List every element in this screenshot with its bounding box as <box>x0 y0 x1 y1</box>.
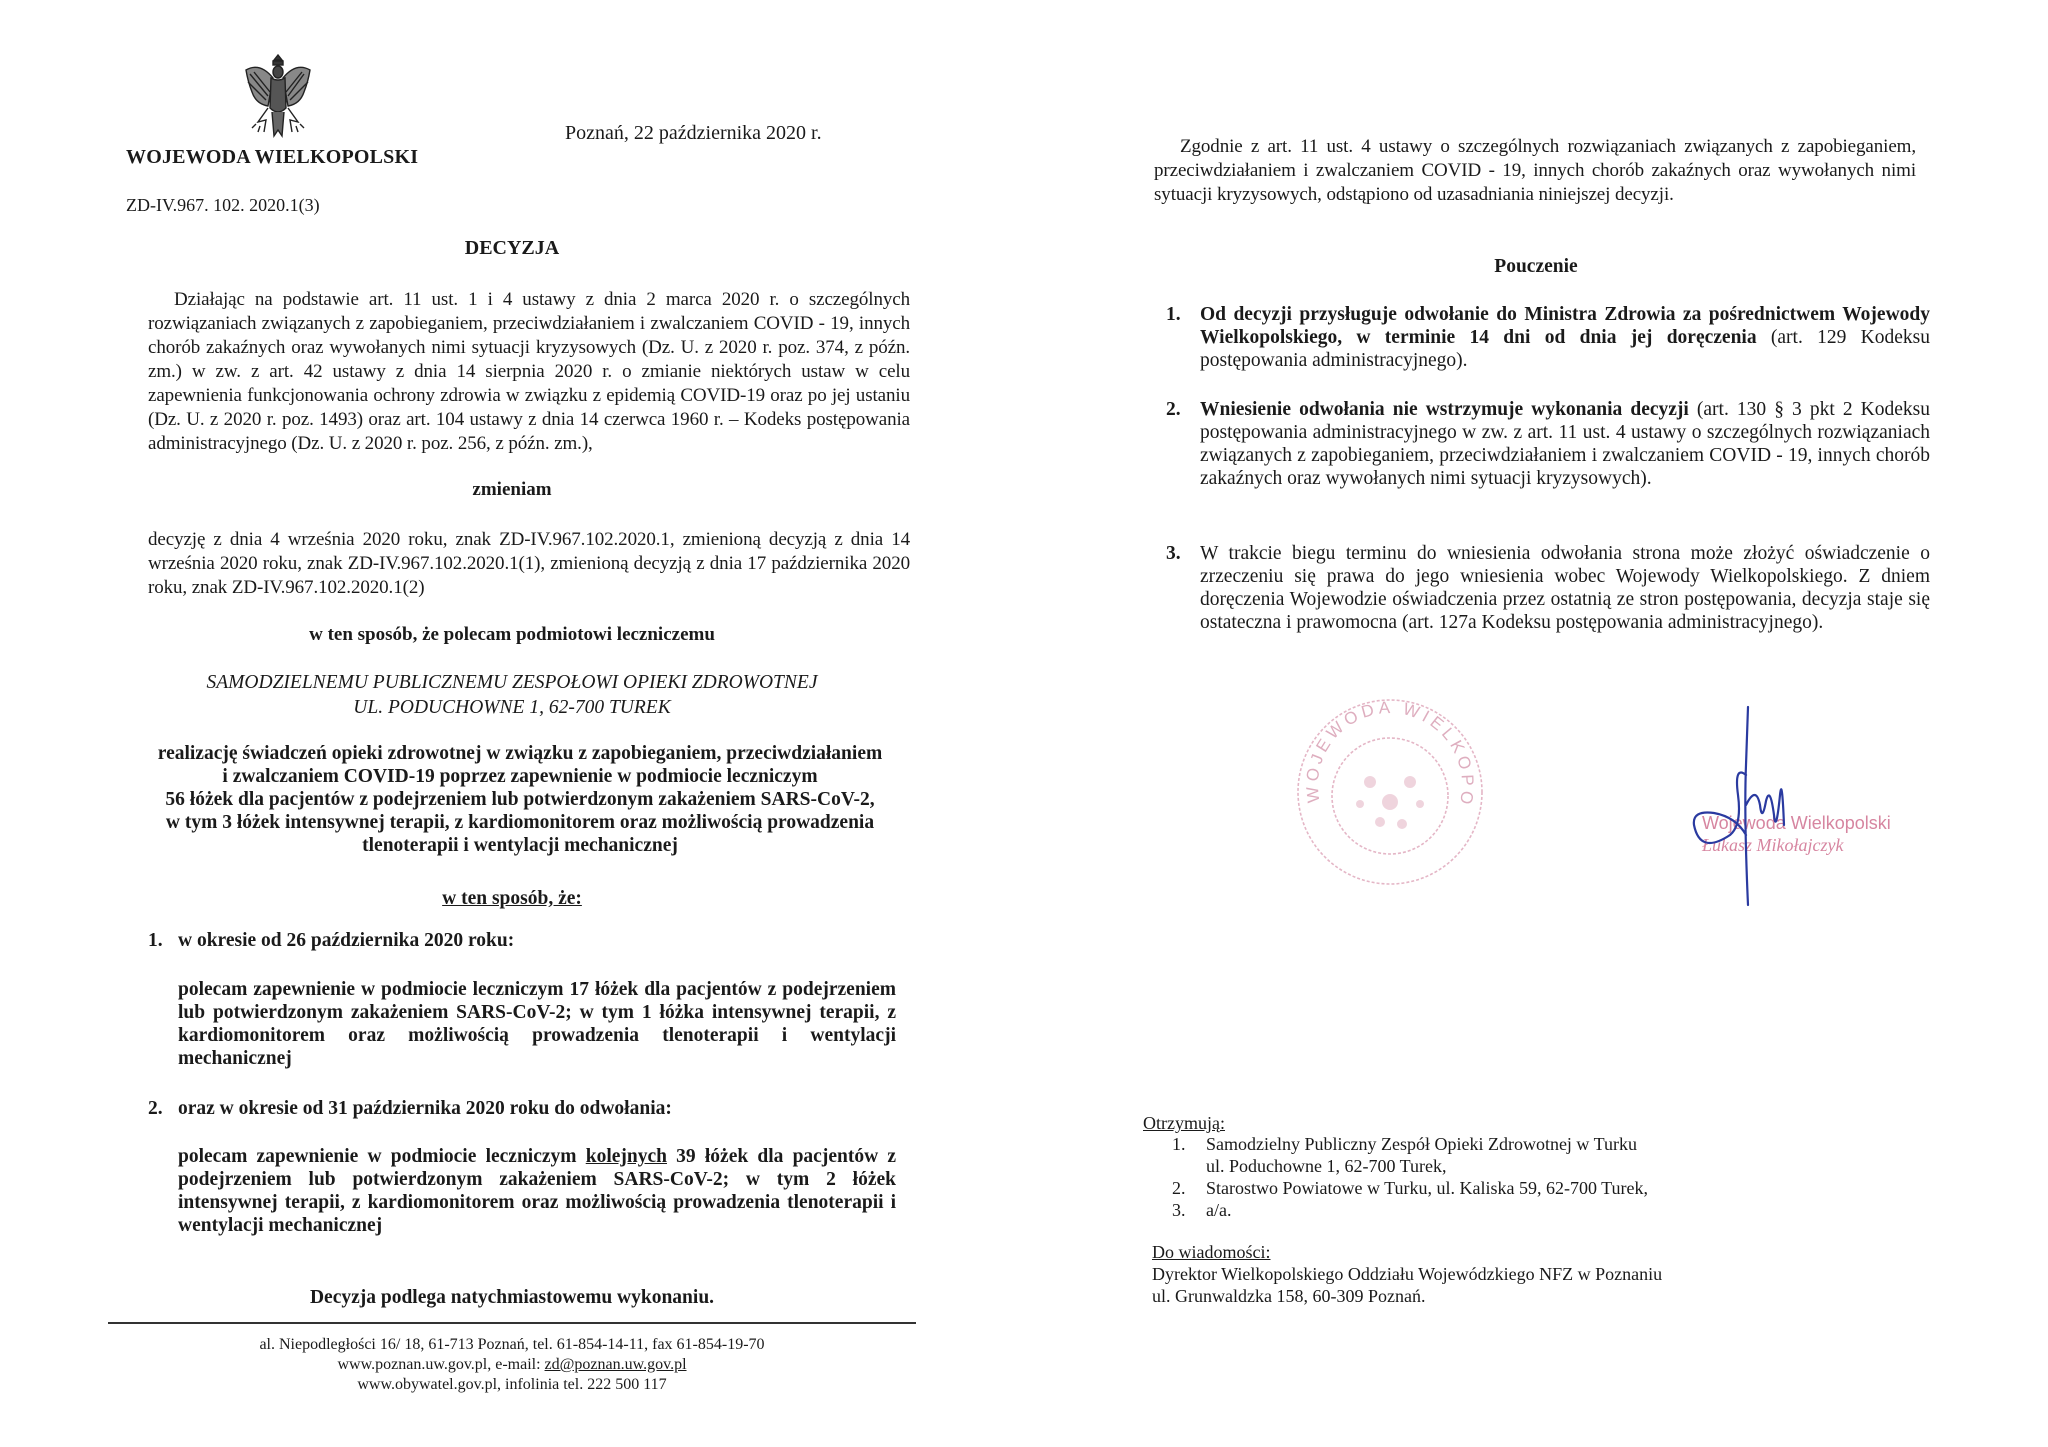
order-item-2-body: polecam zapewnienie w podmiocie lecznicz… <box>178 1145 896 1237</box>
decision-page-1: WOJEWODA WIELKOPOLSKI Poznań, 22 paździe… <box>0 0 1024 1447</box>
order-item-1-body: polecam zapewnienie w podmiocie lecznicz… <box>178 978 896 1070</box>
reference-number: ZD-IV.967. 102. 2020.1(3) <box>126 195 320 216</box>
footer-address: al. Niepodległości 16/ 18, 61-713 Poznań… <box>0 1335 1024 1355</box>
decision-page-2 <box>1024 0 2048 1447</box>
cc-title: Do wiadomości: <box>1152 1242 1271 1263</box>
recipient-number: 1. <box>1172 1133 1206 1155</box>
cc-line: ul. Grunwaldzka 158, 60-309 Poznań. <box>1152 1286 1425 1307</box>
item-emphasis: kolejnych <box>586 1146 667 1167</box>
polish-eagle-emblem-icon <box>238 52 318 142</box>
footer-contact: al. Niepodległości 16/ 18, 61-713 Poznań… <box>0 1335 1024 1395</box>
instruction-item-1: 1. Od decyzji przysługuje odwołanie do M… <box>1166 303 1930 372</box>
recipient-item-address: ul. Poduchowne 1, 62-700 Turek, <box>1206 1155 1447 1177</box>
legal-basis-paragraph: Działając na podstawie art. 11 ust. 1 i … <box>148 288 910 456</box>
scope-of-order: realizację świadczeń opieki zdrowotnej w… <box>120 742 920 857</box>
issuer-name: WOJEWODA WIELKOPOLSKI <box>126 146 418 169</box>
instruction-number: 3. <box>1166 542 1181 565</box>
official-stamp-icon: WOJEWODA WIELKOPOLSKI <box>1290 692 1490 892</box>
instruction-number: 1. <box>1166 303 1181 326</box>
item-text: polecam zapewnienie w podmiocie lecznicz… <box>178 1146 586 1167</box>
recipient-text: a/a. <box>1206 1200 1231 1220</box>
item-text: polecam zapewnienie w podmiocie lecznicz… <box>178 979 564 1000</box>
recipient-name: SAMODZIELNEMU PUBLICZNEMU ZESPOŁOWI OPIE… <box>0 670 1024 695</box>
instruction-number: 2. <box>1166 398 1181 421</box>
amended-decisions-paragraph: decyzję z dnia 4 września 2020 roku, zna… <box>148 528 910 600</box>
recipient-number: 2. <box>1172 1177 1206 1199</box>
footer-divider <box>108 1322 916 1324</box>
recipient-address: UL. PODUCHOWNE 1, 62-700 TUREK <box>0 695 1024 720</box>
recipient-text: Starostwo Powiatowe w Turku, ul. Kaliska… <box>1206 1178 1648 1198</box>
immediate-execution-note: Decyzja podlega natychmiastowemu wykonan… <box>0 1287 1024 1309</box>
scope-line: tlenoterapii i wentylacji mechanicznej <box>120 834 920 857</box>
instructions-title: Pouczenie <box>1024 256 2048 278</box>
footer-info: www.obywatel.gov.pl, infolinia tel. 222 … <box>0 1375 1024 1395</box>
footer-email-link[interactable]: zd@poznan.uw.gov.pl <box>545 1356 687 1373</box>
order-item-2-heading: 2.oraz w okresie od 31 października 2020… <box>148 1098 672 1120</box>
recipient-text: Samodzielny Publiczny Zespół Opieki Zdro… <box>1206 1134 1637 1154</box>
cc-line: Dyrektor Wielkopolskiego Oddziału Wojewó… <box>1152 1264 1662 1285</box>
justification-paragraph: Zgodnie z art. 11 ust. 4 ustawy o szczeg… <box>1154 135 1916 207</box>
order-intro: w ten sposób, że polecam podmiotowi lecz… <box>0 624 1024 646</box>
recipient-item: 1.Samodzielny Publiczny Zespół Opieki Zd… <box>1172 1133 1637 1155</box>
item-period: oraz w okresie od 31 października 2020 r… <box>178 1098 672 1119</box>
scope-line: 56 łóżek dla pacjentów z podejrzeniem lu… <box>120 788 920 811</box>
place-and-date: Poznań, 22 października 2020 r. <box>565 122 822 145</box>
recipients-title: Otrzymują: <box>1143 1113 1225 1134</box>
amend-keyword: zmieniam <box>0 479 1024 501</box>
document-title: DECYZJA <box>0 237 1024 260</box>
recipient-item: 2.Starostwo Powiatowe w Turku, ul. Kalis… <box>1172 1177 1648 1199</box>
footer-web: www.poznan.uw.gov.pl, e-mail: <box>337 1356 544 1373</box>
handwritten-signature-icon <box>1690 705 1810 915</box>
recipient-item: 3.a/a. <box>1172 1199 1231 1221</box>
instruction-item-2: 2. Wniesienie odwołania nie wstrzymuje w… <box>1166 398 1930 490</box>
stamp-text: WOJEWODA WIELKOPOLSKI <box>1290 692 1477 810</box>
instruction-bold: Wniesienie odwołania nie wstrzymuje wyko… <box>1200 399 1689 420</box>
item-number: 1. <box>148 930 178 952</box>
recipient-entity: SAMODZIELNEMU PUBLICZNEMU ZESPOŁOWI OPIE… <box>0 670 1024 720</box>
recipient-number: 3. <box>1172 1199 1206 1221</box>
scope-line: i zwalczaniem COVID-19 poprzez zapewnien… <box>120 765 920 788</box>
instruction-item-3: 3. W trakcie biegu terminu do wniesienia… <box>1166 542 1930 634</box>
scope-line: w tym 3 łóżek intensywnej terapii, z kar… <box>120 811 920 834</box>
scope-line: realizację świadczeń opieki zdrowotnej w… <box>120 742 920 765</box>
svg-text:WOJEWODA WIELKOPOLSKI: WOJEWODA WIELKOPOLSKI <box>1290 692 1477 810</box>
item-number: 2. <box>148 1098 178 1120</box>
item-period: w okresie od 26 października 2020 roku: <box>178 930 514 951</box>
way-title: w ten sposób, że: <box>0 888 1024 910</box>
order-item-1-heading: 1.w okresie od 26 października 2020 roku… <box>148 930 514 952</box>
instruction-text: W trakcie biegu terminu do wniesienia od… <box>1200 543 1930 633</box>
